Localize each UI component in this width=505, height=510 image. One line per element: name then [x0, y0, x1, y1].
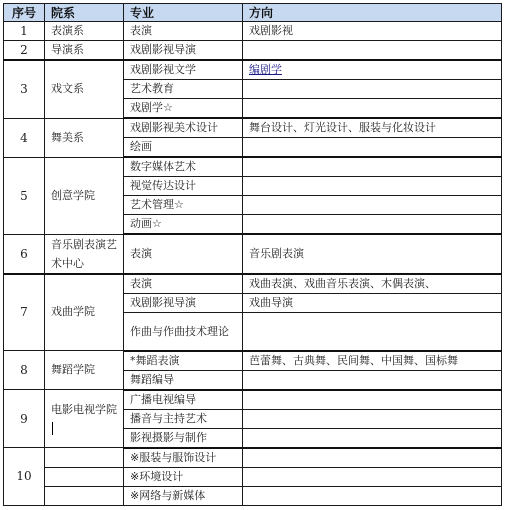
direction-cell: 芭蕾舞、古典舞、民间舞、中国舞、国标舞	[243, 351, 502, 371]
major-cell: 表演	[124, 22, 243, 41]
major-cell: 动画☆	[124, 215, 243, 235]
direction-link[interactable]: 编剧学	[249, 63, 282, 76]
table-row: ※网络与新媒体	[4, 486, 502, 505]
table-row: ※环境设计	[4, 467, 502, 486]
table-row: 1 表演系 表演 戏剧影视	[4, 22, 502, 41]
table-row: 7 戏曲学院 表演 戏曲表演、戏曲音乐表演、木偶表演、	[4, 274, 502, 294]
dept-cell: 戏文系	[45, 60, 124, 118]
major-cell: 表演	[124, 234, 243, 274]
direction-cell	[243, 312, 502, 351]
direction-cell	[243, 41, 502, 61]
direction-cell: 音乐剧表演	[243, 234, 502, 274]
row-number: 4	[4, 118, 45, 157]
direction-cell: 舞台设计、灯光设计、服装与化妆设计	[243, 118, 502, 138]
dept-cell	[45, 448, 124, 468]
major-cell: 戏剧影视文学	[124, 60, 243, 80]
direction-cell	[243, 486, 502, 505]
direction-cell	[243, 448, 502, 468]
table-row: 4 舞美系 戏剧影视美术设计 舞台设计、灯光设计、服装与化妆设计	[4, 118, 502, 138]
major-cell: ※服装与服饰设计	[124, 448, 243, 468]
major-cell: 影视摄影与制作	[124, 428, 243, 448]
direction-cell: 戏剧影视	[243, 22, 502, 41]
row-number: 10	[4, 448, 45, 506]
dept-cell: 导演系	[45, 41, 124, 61]
row-number: 9	[4, 390, 45, 448]
dept-cell: 表演系	[45, 22, 124, 41]
major-cell: 戏剧影视美术设计	[124, 118, 243, 138]
row-number: 6	[4, 234, 45, 274]
major-cell: ※环境设计	[124, 467, 243, 486]
major-cell: 艺术教育	[124, 80, 243, 99]
row-number: 3	[4, 60, 45, 118]
direction-cell	[243, 196, 502, 215]
major-cell: 广播电视编导	[124, 390, 243, 410]
table-row: 9 电影电视学院 广播电视编导	[4, 390, 502, 410]
dept-cell: 舞蹈学院	[45, 351, 124, 390]
direction-cell	[243, 467, 502, 486]
table-row: 2 导演系 戏剧影视导演	[4, 41, 502, 61]
row-number: 2	[4, 41, 45, 61]
direction-cell	[243, 370, 502, 390]
row-number: 5	[4, 157, 45, 234]
header-row: 序号 院系 专业 方向	[4, 4, 502, 22]
direction-cell: 戏曲导演	[243, 293, 502, 312]
header-dept: 院系	[45, 4, 124, 22]
direction-cell	[243, 215, 502, 235]
major-cell: 戏剧影视导演	[124, 41, 243, 61]
table-row: 8 舞蹈学院 *舞蹈表演 芭蕾舞、古典舞、民间舞、中国舞、国标舞	[4, 351, 502, 371]
dept-cell: 戏曲学院	[45, 274, 124, 351]
row-number: 7	[4, 274, 45, 351]
major-cell: 绘画	[124, 138, 243, 158]
direction-cell	[243, 157, 502, 177]
dept-cell[interactable]: 电影电视学院	[45, 390, 124, 448]
major-cell: 视觉传达设计	[124, 177, 243, 196]
major-cell: ※网络与新媒体	[124, 486, 243, 505]
major-cell: 舞蹈编导	[124, 370, 243, 390]
header-no: 序号	[4, 4, 45, 22]
dept-cell: 舞美系	[45, 118, 124, 157]
major-cell: 戏剧学☆	[124, 99, 243, 119]
direction-cell	[243, 80, 502, 99]
table-row: 3 戏文系 戏剧影视文学 编剧学	[4, 60, 502, 80]
major-cell: 艺术管理☆	[124, 196, 243, 215]
major-cell: 数字媒体艺术	[124, 157, 243, 177]
major-cell: 播音与主持艺术	[124, 409, 243, 428]
dept-cell	[45, 486, 124, 505]
direction-cell	[243, 428, 502, 448]
direction-cell: 编剧学	[243, 60, 502, 80]
major-cell: 表演	[124, 274, 243, 294]
header-direction: 方向	[243, 4, 502, 22]
majors-table: 序号 院系 专业 方向 1 表演系 表演 戏剧影视 2 导演系 戏剧影视导演 3…	[3, 3, 502, 506]
direction-cell: 戏曲表演、戏曲音乐表演、木偶表演、	[243, 274, 502, 294]
direction-cell	[243, 99, 502, 119]
dept-text: 电影电视学院	[51, 403, 117, 416]
dept-cell	[45, 467, 124, 486]
major-cell: 作曲与作曲技术理论	[124, 312, 243, 351]
table-row: 10 ※服装与服饰设计	[4, 448, 502, 468]
row-number: 8	[4, 351, 45, 390]
dept-cell: 音乐剧表演艺术中心	[45, 234, 124, 274]
major-cell: *舞蹈表演	[124, 351, 243, 371]
text-cursor	[52, 422, 53, 435]
header-major: 专业	[124, 4, 243, 22]
direction-cell	[243, 409, 502, 428]
table-row: 5 创意学院 数字媒体艺术	[4, 157, 502, 177]
major-cell: 戏剧影视导演	[124, 293, 243, 312]
direction-cell	[243, 138, 502, 158]
dept-cell: 创意学院	[45, 157, 124, 234]
table-row: 6 音乐剧表演艺术中心 表演 音乐剧表演	[4, 234, 502, 274]
row-number: 1	[4, 22, 45, 41]
direction-cell	[243, 177, 502, 196]
direction-cell	[243, 390, 502, 410]
